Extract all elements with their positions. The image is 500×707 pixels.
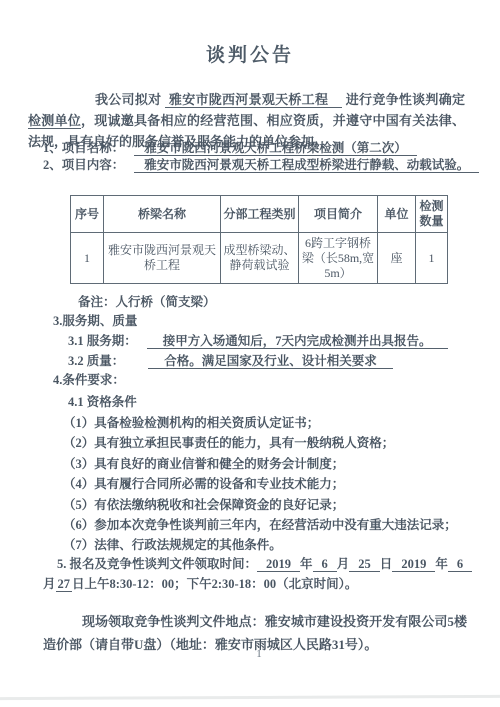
col-header-qty: 检测数量 (416, 196, 448, 233)
bridge-info-table: 序号 桥梁名称 分部工程类别 项目简介 单位 检测数量 1 雅安市陇西河景观天桥… (70, 195, 448, 284)
service-period-line: 3.1 服务期：接甲方入场通知后，7天内完成检测并出具报告。 (68, 331, 448, 349)
signup-year2: 2019 (392, 557, 435, 572)
item-label: 项目内容： (62, 158, 125, 172)
project-name-underlined: 雅安市陇西河景观天桥工程 (165, 92, 342, 108)
unit-year: 年 (300, 557, 313, 571)
intro-middle: 进行竞争性谈判确定 (342, 92, 465, 107)
signup-year1: 2019 (257, 557, 300, 572)
scan-page-edge (0, 695, 500, 700)
remark-value: 人行桥（简支梁） (116, 295, 216, 309)
signup-time-line-1: 5. 报名及竞争性谈判文件领取时间：2019年6月25日2019年6 (43, 554, 473, 574)
inspection-unit-underlined: 检测单位 (28, 113, 81, 129)
unit-month: 月 (43, 577, 56, 591)
cell-qty: 1 (416, 233, 448, 284)
qualification-item: （7）法律、行政法规规定的其他条件。 (63, 535, 457, 555)
project-content-value: 雅安市陇西河景观天桥工程成型桥梁进行静载、动载试验。 (134, 158, 479, 173)
quality-line: 3.2 质量：合格。满足国家及行业、设计相关要求 (68, 351, 393, 369)
item-label: 项目名称： (62, 141, 125, 155)
col-header-work-type: 分部工程类别 (221, 196, 299, 233)
signup-day1: 25 (349, 557, 380, 572)
signup-day2: 27 (56, 577, 73, 592)
signup-month1: 6 (313, 557, 337, 572)
signup-month2: 6 (448, 557, 472, 572)
section-conditions-heading: 4.条件要求： (53, 370, 125, 388)
remark-line: 备注：人行桥（简支梁） (78, 292, 216, 310)
qualification-item: （5）有依法缴纳税收和社会保障资金的良好记录； (63, 495, 457, 515)
cell-bridge-name: 雅安市陇西河景观天桥工程 (104, 233, 221, 284)
signup-label: 5. 报名及竞争性谈判文件领取时间： (57, 557, 257, 571)
col-header-seq: 序号 (71, 196, 104, 233)
cell-seq: 1 (71, 233, 104, 284)
quality-label: 3.2 质量： (68, 354, 124, 368)
col-header-bridge-name: 桥梁名称 (104, 196, 221, 233)
project-name-value: 雅安市陇西河景观天桥工程桥梁检测（第二次） (134, 141, 417, 156)
qualification-subheading: 4.1 资格条件 (68, 392, 137, 410)
unit-day: 日 (380, 557, 393, 571)
col-header-unit: 单位 (378, 196, 416, 233)
qualification-item: （6）参加本次竞争性谈判前三年内，在经营活动中没有重大违法记录； (63, 515, 457, 535)
unit-year: 年 (435, 557, 448, 571)
scanned-document-page: 谈判公告 我公司拟对 雅安市陇西河景观天桥工程 进行竞争性谈判确定检测单位，现诚… (0, 0, 500, 707)
qualification-item: （3）具有良好的商业信誉和健全的财务会计制度； (63, 454, 457, 474)
project-content-line: 2、项目内容：雅安市陇西河景观天桥工程成型桥梁进行静载、动载试验。 (43, 155, 479, 173)
signup-time-paragraph: 5. 报名及竞争性谈判文件领取时间：2019年6月25日2019年6 月27日上… (43, 554, 473, 594)
service-period-value: 接甲方入场通知后，7天内完成检测并出具报告。 (147, 334, 448, 349)
unit-month: 月 (337, 557, 350, 571)
quality-value: 合格。满足国家及行业、设计相关要求 (148, 354, 393, 369)
project-name-line: 1、项目名称：雅安市陇西河景观天桥工程桥梁检测（第二次） (43, 138, 417, 156)
venue-label: 现场领取竞争性谈判文件地点： (82, 614, 265, 629)
signup-rest: 日上午8:30-12：00；下午2:30-18：00（北京时间）。 (72, 577, 357, 591)
qualification-item: （2）具有独立承担民事责任的能力，具有一般纳税人资格； (63, 433, 457, 453)
qualification-item: （4）具有履行合同所必需的设备和专业技术能力； (63, 474, 457, 494)
intro-prefix: 我公司拟对 (95, 92, 165, 107)
item-number: 1、 (43, 141, 62, 155)
table-row: 1 雅安市陇西河景观天桥工程 成型桥梁动、静荷载试验 6跨工字钢桥梁（长58m,… (71, 233, 448, 284)
service-period-label: 3.1 服务期： (68, 334, 137, 348)
signup-time-line-2: 月27日上午8:30-12：00；下午2:30-18：00（北京时间）。 (43, 574, 473, 594)
section-service-heading: 3.服务期、质量 (53, 311, 137, 329)
qualification-list: （1）具备检验检测机构的相关资质认定证书； （2）具有独立承担民事责任的能力，具… (63, 413, 457, 556)
col-header-brief: 项目简介 (299, 196, 378, 233)
item-number: 2、 (43, 158, 62, 172)
cell-unit: 座 (378, 233, 416, 284)
cell-brief: 6跨工字钢桥梁（长58m,宽5m） (299, 233, 378, 284)
remark-label: 备注： (78, 295, 116, 309)
cell-work-type: 成型桥梁动、静荷载试验 (221, 233, 299, 284)
document-title: 谈判公告 (0, 40, 500, 67)
qualification-item: （1）具备检验检测机构的相关资质认定证书； (63, 413, 457, 433)
table-header-row: 序号 桥梁名称 分部工程类别 项目简介 单位 检测数量 (71, 196, 448, 233)
page-number: 1 (0, 648, 500, 660)
